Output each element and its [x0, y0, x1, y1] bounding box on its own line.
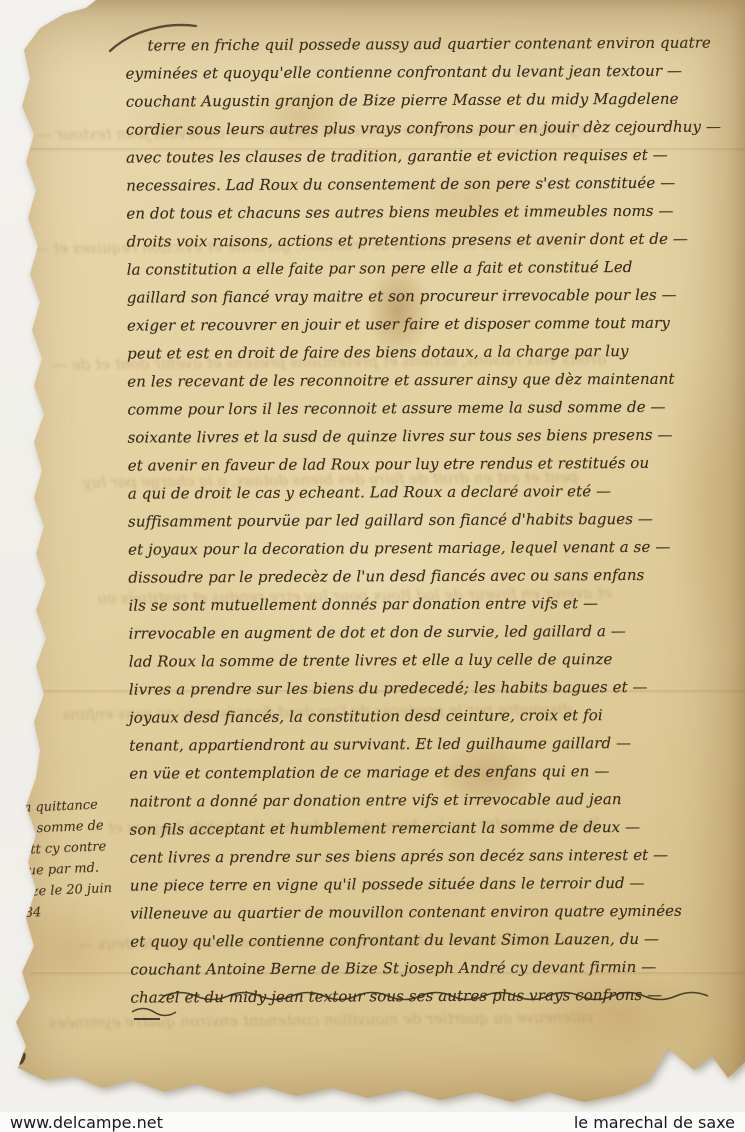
manuscript-line: droits voix raisons, actions et pretenti…	[126, 224, 738, 255]
manuscript-line: a qui de droit le cas y echeant. Lad Rou…	[128, 476, 740, 507]
manuscript-line: naitront a donné par donation entre vifs…	[129, 784, 741, 815]
manuscript-line: cordier sous leurs autres plus vrays con…	[126, 112, 738, 143]
manuscript-paper: eyminées et quoyqu'elle contienne confro…	[0, 0, 745, 1112]
manuscript-line: en vüe et contemplation de ce mariage et…	[129, 756, 741, 787]
margin-note: il ya quittancedela somme de202tt cy con…	[3, 793, 128, 924]
watermark-right-label: le marechal de saxe	[574, 1113, 735, 1132]
manuscript-line: tenant, appartiendront au survivant. Et …	[129, 728, 741, 759]
manuscript-line: eyminées et quoyqu'elle contienne confro…	[126, 56, 738, 87]
manuscript-line: avec toutes les clauses de tradition, ga…	[126, 140, 738, 171]
manuscript-line: dissoudre par le predecèz de l'un desd f…	[128, 560, 740, 591]
manuscript-line: la constitution a elle faite par son per…	[127, 252, 739, 283]
watermark-bar: www.delcampe.net le marechal de saxe	[0, 1112, 745, 1132]
manuscript-line: exiger et recouvrer en jouir et user fai…	[127, 308, 739, 339]
manuscript-line: couchant Antoine Berne de Bize St joseph…	[130, 952, 742, 983]
watermark-left-label: www.delcampe.net	[10, 1113, 163, 1132]
manuscript-line: irrevocable en augment de dot et don de …	[129, 616, 741, 647]
manuscript-line: terre en friche quil possede aussy aud q…	[125, 28, 737, 59]
manuscript-line: son fils acceptant et humblement remerci…	[130, 812, 742, 843]
manuscript-line: ils se sont mutuellement donnés par dona…	[128, 588, 740, 619]
manuscript-line: suffisamment pourvüe par led gaillard so…	[128, 504, 740, 535]
manuscript-line: chazel et du midy jean textour sous ses …	[130, 980, 742, 1011]
manuscript-line: cent livres a prendre sur ses biens apré…	[130, 840, 742, 871]
scanned-document-page: eyminées et quoyqu'elle contienne confro…	[0, 0, 745, 1132]
manuscript-line: peut et est en droit de faire des biens …	[127, 336, 739, 367]
manuscript-line: et avenir en faveur de lad Roux pour luy…	[128, 448, 740, 479]
manuscript-line: en les recevant de les reconnoitre et as…	[127, 364, 739, 395]
manuscript-line: villeneuve au quartier de mouvillon cont…	[130, 896, 742, 927]
manuscript-line: et joyaux pour la decoration du present …	[128, 532, 740, 563]
manuscript-line: comme pour lors il les reconnoit et assu…	[127, 392, 739, 423]
manuscript-line: necessaires. Lad Roux du consentement de…	[126, 168, 738, 199]
manuscript-line: joyaux desd fiancés, la constitution des…	[129, 700, 741, 731]
paper-shadow-wrap: eyminées et quoyqu'elle contienne confro…	[0, 0, 745, 1132]
manuscript-line: livres a prendre sur les biens du predec…	[129, 672, 741, 703]
manuscript-line: gaillard son fiancé vray maitre et son p…	[127, 280, 739, 311]
manuscript-line: couchant Augustin granjon de Bize pierre…	[126, 84, 738, 115]
manuscript-line: en dot tous et chacuns ses autres biens …	[126, 196, 738, 227]
manuscript-text-block: terre en friche quil possede aussy aud q…	[125, 28, 742, 1011]
manuscript-line: lad Roux la somme de trente livres et el…	[129, 644, 741, 675]
manuscript-line: une piece terre en vigne qu'il possede s…	[130, 868, 742, 899]
manuscript-line: et quoy qu'elle contienne confrontant du…	[130, 924, 742, 955]
manuscript-line: soixante livres et la susd de quinze liv…	[127, 420, 739, 451]
